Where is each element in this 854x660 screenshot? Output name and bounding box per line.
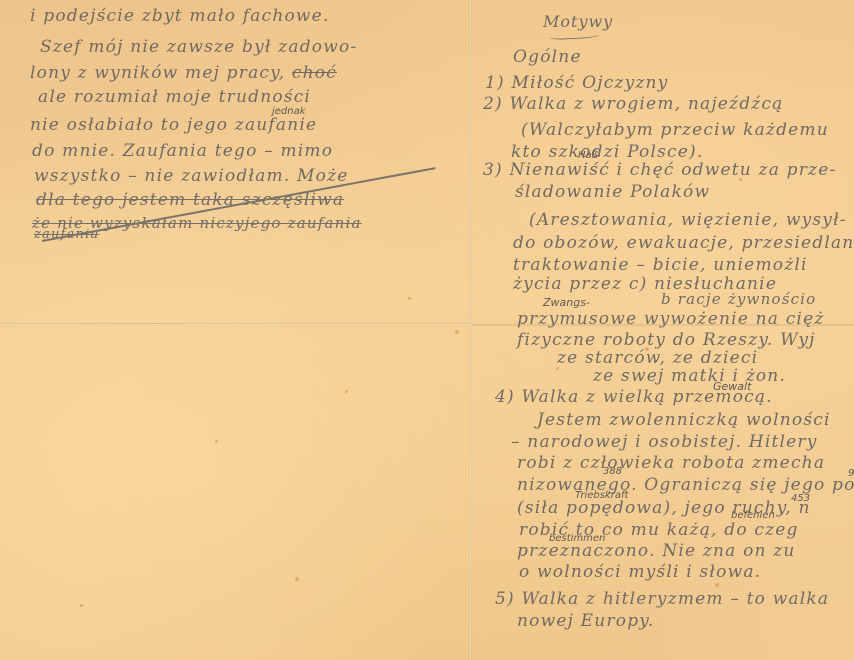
- text-line: przeznaczono. Nie zna on zu: [517, 541, 796, 561]
- text-line: lony z wyników mej pracy, choć: [30, 63, 337, 83]
- list-item: 5) Walka z hitleryzmem – to walka: [495, 589, 829, 609]
- document-scan: i podejście zbyt mało fachowe. Szef mój …: [0, 0, 854, 660]
- right-page: Motywy Ogólne 1) Miłość Ojczyzny 2) Walk…: [473, 0, 854, 660]
- text-line: o wolności myśli i słowa.: [519, 562, 761, 582]
- text-line: ze starców, ze dzieci: [557, 348, 758, 368]
- text-line: do mnie. Zaufania tego – mimo: [32, 141, 333, 161]
- section-heading: Ogólne: [513, 47, 582, 67]
- text-line: Jestem zwolenniczką wolności: [537, 410, 831, 430]
- text-line: przymusowe wywożenie na cięż: [517, 309, 824, 329]
- list-item: 2) Walka z wrogiem, najeźdźcą: [483, 94, 784, 114]
- text-line: kto szkodzi Polsce).: [511, 142, 703, 162]
- text-line: (Walczyłabym przeciw każdemu: [521, 120, 829, 140]
- annotation-note: Zwangs-: [543, 296, 590, 309]
- list-item: 4) Walka z wielką przemocą.: [495, 387, 773, 407]
- vertical-fold-line: [469, 0, 472, 660]
- text-line: śladowanie Polaków: [515, 182, 710, 202]
- text-line: robi z człowieka robota zmecha: [517, 453, 825, 473]
- text-line: (Aresztowania, więzienie, wysył-: [529, 210, 847, 230]
- text-line: ze swej matki i żon.: [593, 366, 786, 386]
- text-line: traktowanie – bicie, uniemożli: [513, 255, 808, 275]
- text-line: – narodowej i osobistej. Hitlery: [511, 432, 818, 452]
- page-title: Motywy: [543, 12, 613, 31]
- text-line: ale rozumiał moje trudności: [38, 87, 311, 107]
- text-line: do obozów, ewakuacje, przesiedlania: [513, 233, 854, 253]
- text-line: wszystko – nie zawiodłam. Może: [34, 166, 349, 186]
- list-item: 1) Miłość Ojczyzny: [485, 73, 669, 93]
- text-line: nizowanego. Ograniczą się jego poli: [517, 475, 854, 495]
- struck-word: choć: [292, 63, 337, 83]
- text-line: nowej Europy.: [517, 611, 654, 631]
- text-line: b racje żywnościo: [661, 289, 816, 309]
- text-line: i podejście zbyt mało fachowe.: [30, 6, 330, 26]
- text-line: nie osłabiało to jego zaufanie: [30, 115, 317, 135]
- left-page: i podejście zbyt mało fachowe. Szef mój …: [0, 0, 468, 660]
- text-fragment: lony z wyników mej pracy,: [30, 63, 292, 83]
- list-item: 3) Nienawiść i chęć odwetu za prze-: [483, 160, 836, 180]
- text-line: Szef mój nie zawsze był zadowo-: [40, 37, 357, 57]
- text-line: fizyczne roboty do Rzeszy. Wyj: [517, 330, 816, 350]
- title-underline: [549, 31, 599, 41]
